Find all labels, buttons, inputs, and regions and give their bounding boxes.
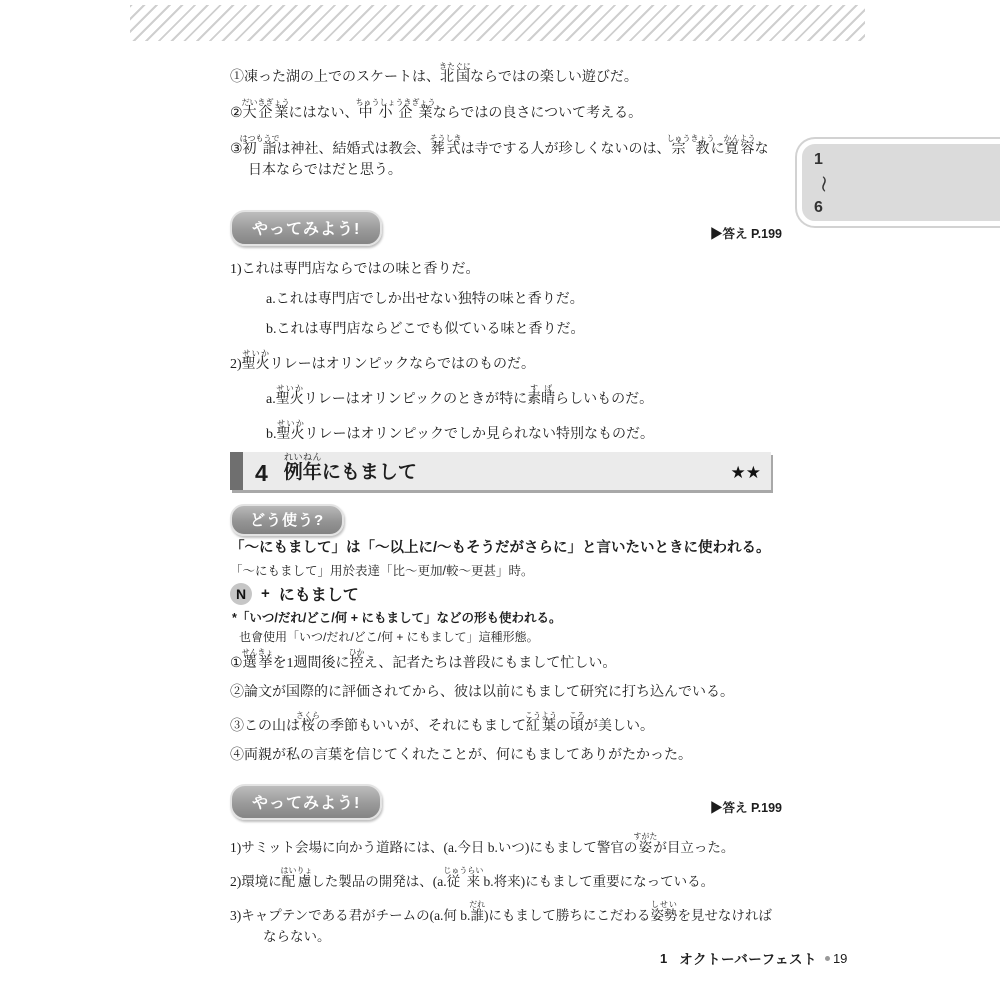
page-footer: 1 オクトーバーフェスト 19	[660, 948, 847, 968]
tab-range-end: 6	[814, 196, 1000, 220]
question-2: 2)環境に配慮はいりょした製品の開発は、(a.従来じゅうらい b.将来)にもまし…	[230, 866, 782, 892]
example-sentence: ①選挙せんきょを1週間後に控ひかえ、記者たちは普段にもまして忙しい。	[230, 648, 782, 674]
tryit-badge: やってみよう!	[230, 210, 382, 246]
example-sentence: ②論文が国際的に評価されてから、彼は以前にもまして研究に打ち込んでいる。	[230, 682, 782, 703]
tryit-section-2: やってみよう! ▶答え P.199 1)サミット会場に向かう道路には、(a.今日…	[230, 784, 782, 955]
footer-chapter-title: オクトーバーフェスト	[679, 948, 817, 968]
grammar-section-header: 4 例年れいねんにもまして ★★	[230, 452, 771, 490]
tab-range-start: 1	[814, 148, 1000, 172]
question-3: 3)キャプテンである君がチームの(a.何 b.誰だれ)にもまして勝ちにこだわる姿…	[230, 900, 782, 947]
question-1-option-b: b.これは専門店ならどこでも似ている味と香りだ。	[230, 319, 782, 340]
usage-explanation-chinese: 「〜にもまして」用於表達「比〜更加/較〜更甚」時。	[230, 562, 782, 581]
answer-page-reference: ▶答え P.199	[710, 224, 782, 246]
pattern-note-japanese: *「いつ/だれ/どこ/何 + にもまして」などの形も使われる。	[232, 610, 784, 627]
usage-explanation-japanese: 「〜にもまして」は「〜以上に/〜もそうだがさらに」と言いたいときに使われる。	[230, 538, 782, 559]
question-2: 2)聖火せいかリレーはオリンピックならではのものだ。	[230, 349, 782, 375]
footer-page-number: 19	[833, 951, 847, 966]
section-title: 例年れいねんにもまして	[284, 452, 417, 486]
header-bar: 4 例年れいねんにもまして ★★	[243, 452, 771, 490]
page-number-dot-icon	[825, 956, 830, 961]
example-sentences-naradeha: ①凍った湖の上でのスケートは、北国きたぐにならではの楽しい遊びだ。 ②大企業だい…	[230, 62, 782, 191]
usage-explanation: 「〜にもまして」は「〜以上に/〜もそうだがさらに」と言いたいときに使われる。 「…	[230, 538, 782, 581]
footer-chapter-number: 1	[660, 951, 667, 966]
plus-sign: +	[261, 585, 270, 602]
question-2-option-a: a.聖火せいかリレーはオリンピックのときが特に素晴すばらしいものだ。	[230, 384, 782, 410]
example-sentence: ③初詣はつもうでは神社、結婚式は教会、葬式そうしきは寺でする人が珍しくないのは、…	[230, 134, 782, 181]
example-sentence: ②大企業だいきぎょうにはない、中小企業ちゅうしょうきぎょうならではの良さについて…	[230, 98, 782, 124]
chapter-range-tab: 1 〜 6	[797, 139, 1000, 226]
example-sentence: ④両親が私の言葉を信じてくれたことが、何にもましてありがたかった。	[230, 745, 782, 766]
tryit-badge: やってみよう!	[230, 784, 382, 820]
header-accent-block	[230, 452, 243, 490]
question-1: 1)これは専門店ならではの味と香りだ。	[230, 259, 782, 280]
how-to-use-badge: どう使う?	[230, 504, 344, 536]
usage-badge-row: どう使う?	[230, 504, 782, 536]
question-1-option-a: a.これは専門店でしか出せない独特の味と香りだ。	[230, 289, 782, 310]
pattern-form: にもまして	[279, 582, 359, 605]
difficulty-stars: ★★	[731, 460, 761, 486]
question-2-option-b: b.聖火せいかリレーはオリンピックでしか見られない特別なものだ。	[230, 419, 782, 445]
tab-range-tilde: 〜	[810, 176, 834, 192]
question-1: 1)サミット会場に向かう道路には、(a.今日 b.いつ)にもまして警官の姿すがた…	[230, 832, 782, 858]
example-sentences-nimomashite: ①選挙せんきょを1週間後に控ひかえ、記者たちは普段にもまして忙しい。 ②論文が国…	[230, 648, 782, 774]
top-hatch-band	[130, 5, 865, 41]
pattern-note-chinese: 也會使用「いつ/だれ/どこ/何 + にもまして」這種形態。	[232, 629, 784, 646]
section-number: 4	[255, 460, 268, 486]
example-sentence: ①凍った湖の上でのスケートは、北国きたぐにならではの楽しい遊びだ。	[230, 62, 782, 88]
pattern-notes: *「いつ/だれ/どこ/何 + にもまして」などの形も使われる。 也會使用「いつ/…	[232, 610, 784, 646]
example-sentence: ③この山は桜さくらの季節もいいが、それにもまして紅葉こうようの頃ころが美しい。	[230, 711, 782, 737]
answer-page-reference: ▶答え P.199	[710, 798, 782, 820]
tryit-section-1: やってみよう! ▶答え P.199 1)これは専門店ならではの味と香りだ。 a.…	[230, 210, 782, 454]
noun-marker-circle: N	[230, 583, 252, 605]
grammar-pattern: N + にもまして	[230, 582, 782, 605]
